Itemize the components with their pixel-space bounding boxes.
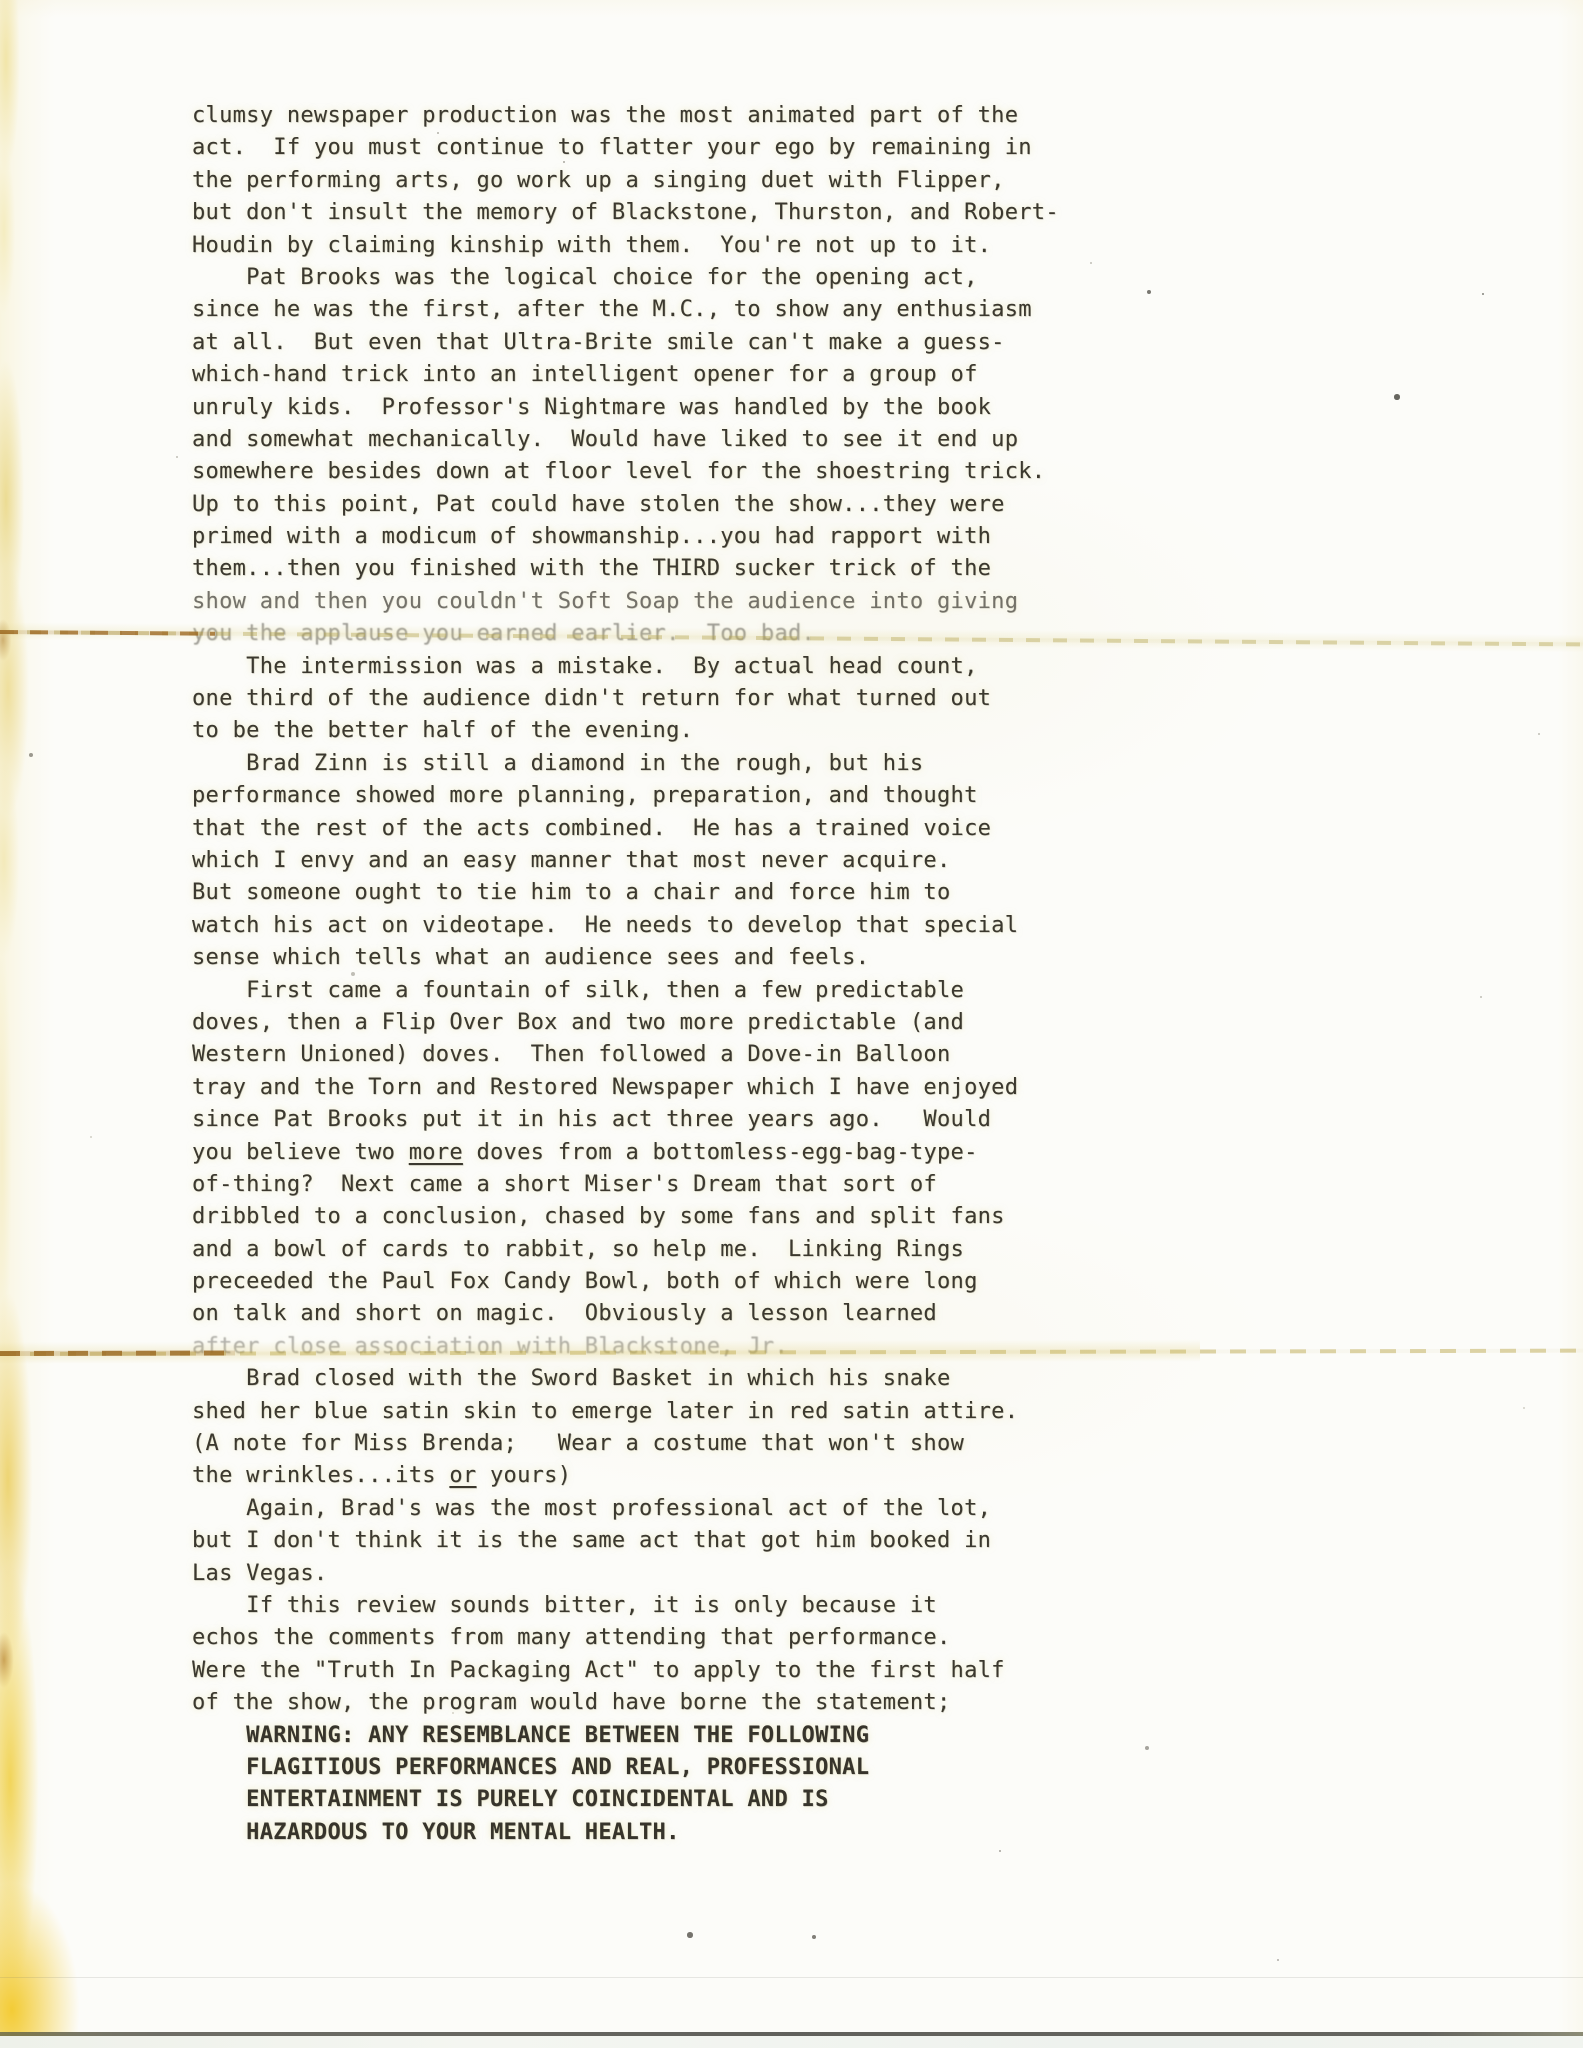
- text-line-2: the performing arts, go work up a singin…: [192, 165, 1059, 197]
- text-line-26: sense which tells what an audience sees …: [192, 942, 1059, 974]
- text-line-16: you the applause you earned earlier. Too…: [192, 618, 1059, 650]
- text-line-0: clumsy newspaper production was the most…: [192, 100, 1059, 132]
- text-line-18: one third of the audience didn't return …: [192, 683, 1059, 715]
- text-layer: clumsy newspaper production was the most…: [192, 100, 1059, 1849]
- text-line-32: you believe two more doves from a bottom…: [192, 1137, 1059, 1169]
- text-line-28: doves, then a Flip Over Box and two more…: [192, 1007, 1059, 1039]
- text-line-33: of-thing? Next came a short Miser's Drea…: [192, 1169, 1059, 1201]
- text-line-29: Western Unioned) doves. Then followed a …: [192, 1039, 1059, 1071]
- text-line-7: at all. But even that Ultra-Brite smile …: [192, 327, 1059, 359]
- scan-bottom-margin: [0, 2036, 1583, 2048]
- text-line-49: of the show, the program would have born…: [192, 1687, 1059, 1719]
- text-line-8: which-hand trick into an intelligent ope…: [192, 359, 1059, 391]
- text-line-9: unruly kids. Professor's Nightmare was h…: [192, 392, 1059, 424]
- text-line-44: but I don't think it is the same act tha…: [192, 1525, 1059, 1557]
- text-line-38: after close association with Blackstone,…: [192, 1331, 1059, 1363]
- text-line-12: Up to this point, Pat could have stolen …: [192, 489, 1059, 521]
- text-line-15: show and then you couldn't Soft Soap the…: [192, 586, 1059, 618]
- text-line-17: The intermission was a mistake. By actua…: [192, 651, 1059, 683]
- text-line-34: dribbled to a conclusion, chased by some…: [192, 1201, 1059, 1233]
- text-line-36: preceeded the Paul Fox Candy Bowl, both …: [192, 1266, 1059, 1298]
- text-line-31: since Pat Brooks put it in his act three…: [192, 1104, 1059, 1136]
- text-line-39: Brad closed with the Sword Basket in whi…: [192, 1363, 1059, 1395]
- text-line-25: watch his act on videotape. He needs to …: [192, 910, 1059, 942]
- text-line-43: Again, Brad's was the most professional …: [192, 1493, 1059, 1525]
- text-line-1: act. If you must continue to flatter you…: [192, 132, 1059, 164]
- text-line-3: but don't insult the memory of Blackston…: [192, 197, 1059, 229]
- text-line-20: Brad Zinn is still a diamond in the roug…: [192, 748, 1059, 780]
- text-line-5: Pat Brooks was the logical choice for th…: [192, 262, 1059, 294]
- text-line-10: and somewhat mechanically. Would have li…: [192, 424, 1059, 456]
- text-line-40: shed her blue satin skin to emerge later…: [192, 1396, 1059, 1428]
- text-line-11: somewhere besides down at floor level fo…: [192, 456, 1059, 488]
- text-line-50: WARNING: ANY RESEMBLANCE BETWEEN THE FOL…: [192, 1720, 1059, 1752]
- text-line-46: If this review sounds bitter, it is only…: [192, 1590, 1059, 1622]
- text-line-22: that the rest of the acts combined. He h…: [192, 813, 1059, 845]
- faint-scan-line: [0, 1977, 1583, 1978]
- text-line-27: First came a fountain of silk, then a fe…: [192, 975, 1059, 1007]
- text-line-21: performance showed more planning, prepar…: [192, 780, 1059, 812]
- text-line-45: Las Vegas.: [192, 1558, 1059, 1590]
- text-line-14: them...then you finished with the THIRD …: [192, 553, 1059, 585]
- text-line-47: echos the comments from many attending t…: [192, 1622, 1059, 1654]
- paper-specks: [0, 0, 2, 2]
- text-line-24: But someone ought to tie him to a chair …: [192, 877, 1059, 909]
- text-line-30: tray and the Torn and Restored Newspaper…: [192, 1072, 1059, 1104]
- text-line-48: Were the "Truth In Packaging Act" to app…: [192, 1655, 1059, 1687]
- text-line-23: which I envy and an easy manner that mos…: [192, 845, 1059, 877]
- text-line-4: Houdin by claiming kinship with them. Yo…: [192, 230, 1059, 262]
- text-line-35: and a bowl of cards to rabbit, so help m…: [192, 1234, 1059, 1266]
- text-line-6: since he was the first, after the M.C., …: [192, 294, 1059, 326]
- text-line-41: (A note for Miss Brenda; Wear a costume …: [192, 1428, 1059, 1460]
- text-line-37: on talk and short on magic. Obviously a …: [192, 1298, 1059, 1330]
- scanned-page: clumsy newspaper production was the most…: [0, 0, 1583, 2048]
- text-line-53: HAZARDOUS TO YOUR MENTAL HEALTH.: [192, 1817, 1059, 1849]
- text-line-51: FLAGITIOUS PERFORMANCES AND REAL, PROFES…: [192, 1752, 1059, 1784]
- text-line-19: to be the better half of the evening.: [192, 715, 1059, 747]
- text-line-52: ENTERTAINMENT IS PURELY COINCIDENTAL AND…: [192, 1784, 1059, 1816]
- text-line-42: the wrinkles...its or yours): [192, 1460, 1059, 1492]
- text-line-13: primed with a modicum of showmanship...y…: [192, 521, 1059, 553]
